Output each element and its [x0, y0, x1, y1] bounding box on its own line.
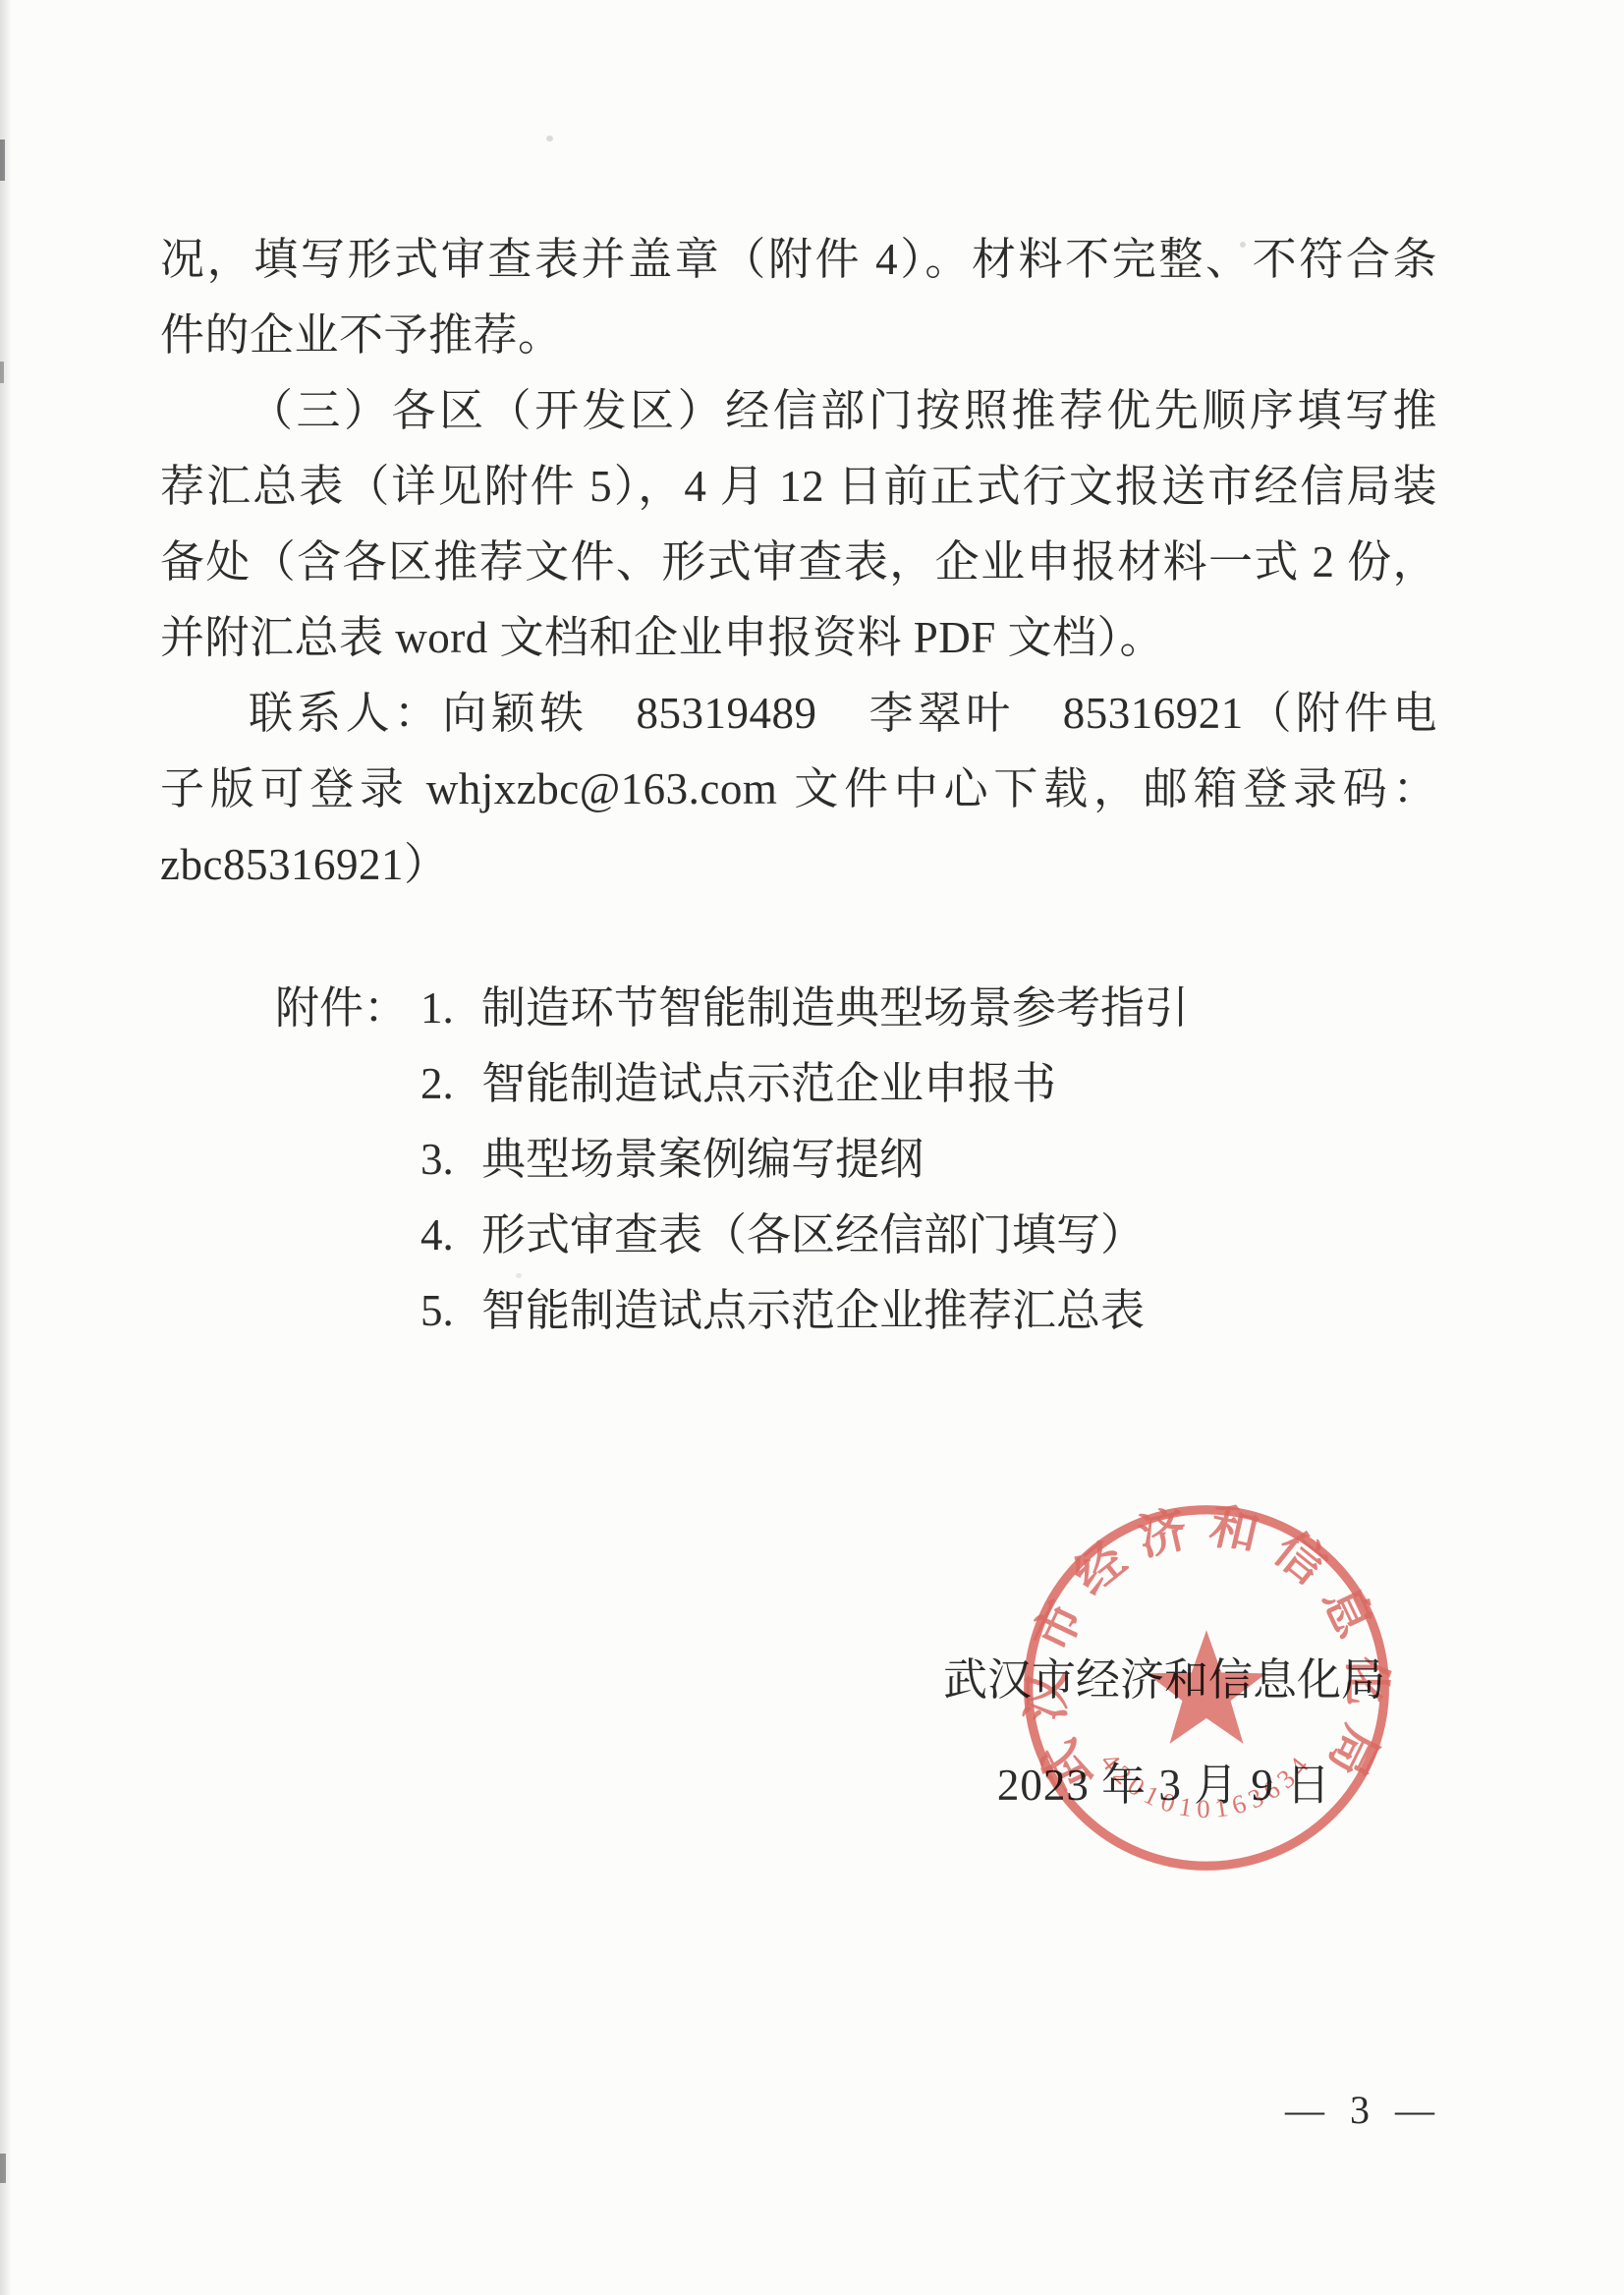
attachment-title: 智能制造试点示范企业申报书 [481, 1046, 1056, 1122]
body-line: 联系人：向颖轶 85319489 李翠叶 85316921（附件电 [160, 676, 1437, 752]
page-number: — 3 — [1285, 2087, 1442, 2133]
official-seal: 武汉市经济和信息化局 4201010163634 [1004, 1485, 1409, 1890]
body-paragraphs: 况，填写形式审查表并盖章（附件 4）。材料不完整、不符合条 件的企业不予推荐。 … [160, 222, 1437, 903]
body-line: 备处（含各区推荐文件、形式审查表，企业申报材料一式 2 份， [160, 525, 1437, 600]
scan-speck [546, 136, 553, 141]
scan-artifact [0, 2154, 6, 2183]
attachments-list: 1. 制造环节智能制造典型场景参考指引 2. 智能制造试点示范企业申报书 3. … [420, 971, 1189, 1349]
attachment-item: 2. 智能制造试点示范企业申报书 [420, 1046, 1189, 1122]
scan-artifact [0, 362, 4, 383]
attachment-title: 制造环节智能制造典型场景参考指引 [481, 971, 1189, 1046]
attachment-title: 形式审查表（各区经信部门填写） [481, 1198, 1145, 1273]
attachment-item: 5. 智能制造试点示范企业推荐汇总表 [420, 1273, 1189, 1349]
attachment-number: 1. [420, 971, 481, 1046]
attachment-number: 3. [420, 1122, 481, 1198]
body-line: （三）各区（开发区）经信部门按照推荐优先顺序填写推 [160, 373, 1437, 449]
seal-star-icon [1147, 1630, 1266, 1744]
body-line: 件的企业不予推荐。 [160, 298, 1437, 373]
seal-code: 4201010163634 [1095, 1747, 1318, 1823]
attachment-item: 4. 形式审查表（各区经信部门填写） [420, 1198, 1189, 1273]
attachment-title: 智能制造试点示范企业推荐汇总表 [481, 1273, 1145, 1349]
body-line: 并附汇总表 word 文档和企业申报资料 PDF 文档）。 [160, 600, 1437, 676]
scan-artifact [0, 140, 5, 181]
attachments-label: 附件： [275, 971, 420, 1046]
body-line: 况，填写形式审查表并盖章（附件 4）。材料不完整、不符合条 [160, 222, 1437, 298]
attachment-number: 5. [420, 1273, 481, 1349]
attachment-item: 3. 典型场景案例编写提纲 [420, 1122, 1189, 1198]
scanned-document-page: 况，填写形式审查表并盖章（附件 4）。材料不完整、不符合条 件的企业不予推荐。 … [0, 0, 1624, 2295]
attachment-number: 2. [420, 1046, 481, 1122]
body-line: 荐汇总表（详见附件 5），4 月 12 日前正式行文报送市经信局装 [160, 449, 1437, 525]
attachment-title: 典型场景案例编写提纲 [481, 1122, 924, 1198]
attachments-block: 附件： 1. 制造环节智能制造典型场景参考指引 2. 智能制造试点示范企业申报书… [275, 971, 1189, 1349]
body-line: zbc85316921） [160, 827, 1437, 903]
body-line: 子版可登录 whjxzbc@163.com 文件中心下载，邮箱登录码： [160, 752, 1437, 827]
attachment-item: 1. 制造环节智能制造典型场景参考指引 [420, 971, 1189, 1046]
attachment-number: 4. [420, 1198, 481, 1273]
scan-edge-shading [0, 0, 12, 2295]
